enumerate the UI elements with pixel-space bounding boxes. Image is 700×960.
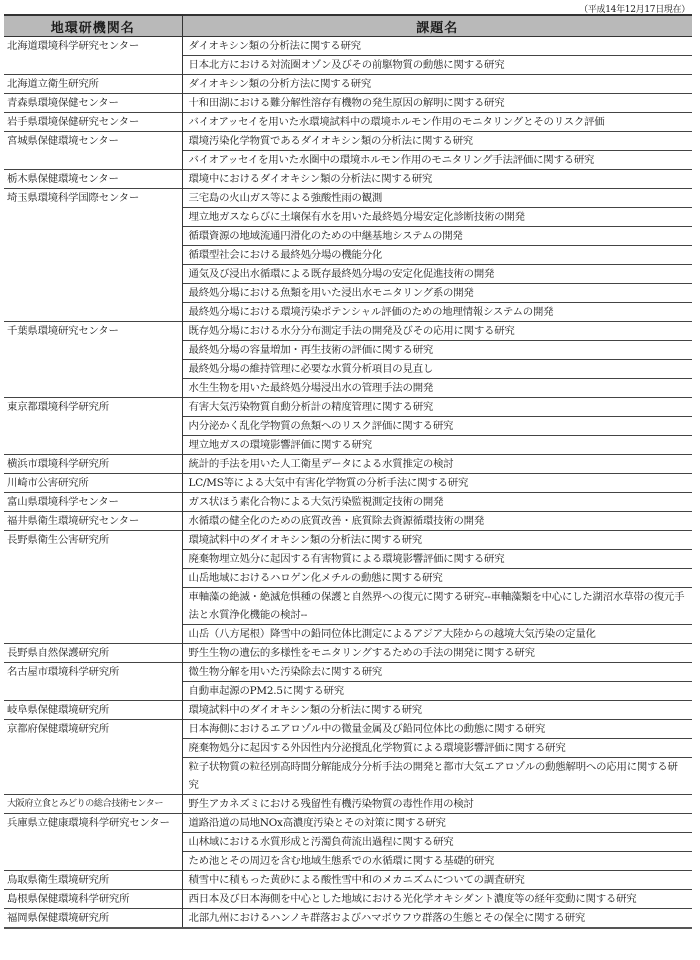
topic-cell: 埋立地ガスの環境影響評価に関する研究 <box>182 436 692 455</box>
topic-cell: 日本海側におけるエアロゾル中の微量金属及び鉛同位体比の動態に関する研究 <box>182 720 692 739</box>
topic-cell: 廃棄物埋立処分に起因する有害物質による環境影響評価に関する研究 <box>182 550 692 569</box>
table-row: 長野県衛生公害研究所環境試料中のダイオキシン類の分析法に関する研究 <box>4 531 692 550</box>
topic-cell: 微生物分解を用いた汚染除去に関する研究 <box>182 663 692 682</box>
table-row: 兵庫県立健康環境科学研究センター道路沿道の局地NOx高濃度汚染とその対策に関する… <box>4 814 692 833</box>
organization-cell: 宮城県保健環境センター <box>4 132 182 170</box>
topic-cell: 循環型社会における最終処分場の機能分化 <box>182 246 692 265</box>
topic-cell: 埋立地ガスならびに土壌保有水を用いた最終処分場安定化診断技術の開発 <box>182 208 692 227</box>
topic-cell: LC/MS等による大気中有害化学物質の分析手法に関する研究 <box>182 474 692 493</box>
topic-cell: 山岳地域におけるハロゲン化メチルの動態に関する研究 <box>182 569 692 588</box>
organization-cell: 島根県保健環境科学研究所 <box>4 890 182 909</box>
table-row: 福岡県保健環境研究所北部九州におけるハンノキ群落およびハマボウフウ群落の生態とそ… <box>4 909 692 929</box>
research-topics-table: 地環研機関名 課題名 北海道環境科学研究センターダイオキシン類の分析法に関する研… <box>4 14 692 929</box>
table-row: 富山県環境科学センターガス状ほう素化合物による大気汚染監視測定技術の開発 <box>4 493 692 512</box>
organization-cell: 岐阜県保健環境研究所 <box>4 701 182 720</box>
table-row: 千葉県環境研究センター既存処分場における水分分布測定手法の開発及びその応用に関す… <box>4 322 692 341</box>
header-organization: 地環研機関名 <box>4 15 182 37</box>
topic-cell: 野生生物の遺伝的多様性をモニタリングするための手法の開発に関する研究 <box>182 644 692 663</box>
organization-cell: 川崎市公害研究所 <box>4 474 182 493</box>
table-row: 宮城県保健環境センター環境汚染化学物質であるダイオキシン類の分析法に関する研究 <box>4 132 692 151</box>
table-row: 埼玉県環境科学国際センター三宅島の火山ガス等による強酸性雨の観測 <box>4 189 692 208</box>
table-row: 岩手県環境保健研究センターバイオアッセイを用いた水環境試料中の環境ホルモン作用の… <box>4 113 692 132</box>
organization-cell: 埼玉県環境科学国際センター <box>4 189 182 322</box>
table-row: 名古屋市環境科学研究所微生物分解を用いた汚染除去に関する研究 <box>4 663 692 682</box>
table-row: 東京都環境科学研究所有害大気汚染物質自動分析計の精度管理に関する研究 <box>4 398 692 417</box>
topic-cell: 最終処分場における魚類を用いた浸出水モニタリング系の開発 <box>182 284 692 303</box>
organization-cell: 青森県環境保健センター <box>4 94 182 113</box>
table-row: 長野県自然保護研究所野生生物の遺伝的多様性をモニタリングするための手法の開発に関… <box>4 644 692 663</box>
organization-cell: 兵庫県立健康環境科学研究センター <box>4 814 182 871</box>
topic-cell: 循環資源の地域流通円滑化のための中継基地システムの開発 <box>182 227 692 246</box>
topic-cell: 野生アカネズミにおける残留性有機汚染物質の毒性作用の検討 <box>182 795 692 814</box>
table-row: 大阪府立食とみどりの総合技術センター野生アカネズミにおける残留性有機汚染物質の毒… <box>4 795 692 814</box>
organization-cell: 横浜市環境科学研究所 <box>4 455 182 474</box>
topic-cell: 山岳（八方尾根）降雪中の鉛同位体比測定によるアジア大陸からの越境大気汚染の定量化 <box>182 625 692 644</box>
organization-cell: 長野県衛生公害研究所 <box>4 531 182 644</box>
topic-cell: 十和田湖における難分解性溶存有機物の発生原因の解明に関する研究 <box>182 94 692 113</box>
topic-cell: 内分泌かく乱化学物質の魚類へのリスク評価に関する研究 <box>182 417 692 436</box>
table-header-row: 地環研機関名 課題名 <box>4 15 692 37</box>
topic-cell: 既存処分場における水分分布測定手法の開発及びその応用に関する研究 <box>182 322 692 341</box>
table-row: 京都府保健環境研究所日本海側におけるエアロゾル中の微量金属及び鉛同位体比の動態に… <box>4 720 692 739</box>
topic-cell: 車軸藻の絶滅・絶滅危惧種の保護と自然界への復元に関する研究--車軸藻類を中心にし… <box>182 588 692 625</box>
topic-cell: 北部九州におけるハンノキ群落およびハマボウフウ群落の生態とその保全に関する研究 <box>182 909 692 929</box>
table-row: 北海道環境科学研究センターダイオキシン類の分析法に関する研究 <box>4 37 692 56</box>
topic-cell: 通気及び浸出水循環による既存最終処分場の安定化促進技術の開発 <box>182 265 692 284</box>
topic-cell: 積雪中に積もった黄砂による酸性雪中和のメカニズムについての調査研究 <box>182 871 692 890</box>
organization-cell: 名古屋市環境科学研究所 <box>4 663 182 701</box>
organization-cell: 鳥取県衛生環境研究所 <box>4 871 182 890</box>
topic-cell: バイオアッセイを用いた水環境試料中の環境ホルモン作用のモニタリングとそのリスク評… <box>182 113 692 132</box>
topic-cell: 道路沿道の局地NOx高濃度汚染とその対策に関する研究 <box>182 814 692 833</box>
topic-cell: 山林域における水質形成と汚濁負荷流出過程に関する研究 <box>182 833 692 852</box>
topic-cell: 自動車起源のPM2.5に関する研究 <box>182 682 692 701</box>
table-body: 北海道環境科学研究センターダイオキシン類の分析法に関する研究日本北方における対流… <box>4 37 692 929</box>
table-row: 島根県保健環境科学研究所西日本及び日本海側を中心とした地域における光化学オキシダ… <box>4 890 692 909</box>
organization-cell: 千葉県環境研究センター <box>4 322 182 398</box>
organization-cell: 福井県衛生環境研究センター <box>4 512 182 531</box>
table-row: 福井県衛生環境研究センター水循環の健全化のための底質改善・底質除去資源循環技術の… <box>4 512 692 531</box>
topic-cell: 水生生物を用いた最終処分場浸出水の管理手法の開発 <box>182 379 692 398</box>
table-row: 横浜市環境科学研究所統計的手法を用いた人工衛星データによる水質推定の検討 <box>4 455 692 474</box>
organization-cell: 福岡県保健環境研究所 <box>4 909 182 929</box>
topic-cell: 環境試料中のダイオキシン類の分析法に関する研究 <box>182 701 692 720</box>
organization-cell: 北海道環境科学研究センター <box>4 37 182 75</box>
topic-cell: 廃棄物処分に起因する外因性内分泌撹乱化学物質による環境影響評価に関する研究 <box>182 739 692 758</box>
header-topic: 課題名 <box>182 15 692 37</box>
topic-cell: 水循環の健全化のための底質改善・底質除去資源循環技術の開発 <box>182 512 692 531</box>
topic-cell: 最終処分場における環境汚染ポテンシャル評価のための地理情報システムの開発 <box>182 303 692 322</box>
table-row: 鳥取県衛生環境研究所積雪中に積もった黄砂による酸性雪中和のメカニズムについての調… <box>4 871 692 890</box>
topic-cell: 西日本及び日本海側を中心とした地域における光化学オキシダント濃度等の経年変動に関… <box>182 890 692 909</box>
topic-cell: ため池とその周辺を含む地域生態系での水循環に関する基礎的研究 <box>182 852 692 871</box>
topic-cell: 日本北方における対流圏オゾン及びその前駆物質の動態に関する研究 <box>182 56 692 75</box>
topic-cell: ダイオキシン類の分析方法に関する研究 <box>182 75 692 94</box>
organization-cell: 東京都環境科学研究所 <box>4 398 182 455</box>
organization-cell: 岩手県環境保健研究センター <box>4 113 182 132</box>
topic-cell: 最終処分場の容量増加・再生技術の評価に関する研究 <box>182 341 692 360</box>
topic-cell: 最終処分場の維持管理に必要な水質分析項目の見直し <box>182 360 692 379</box>
table-row: 岐阜県保健環境研究所環境試料中のダイオキシン類の分析法に関する研究 <box>4 701 692 720</box>
topic-cell: 環境汚染化学物質であるダイオキシン類の分析法に関する研究 <box>182 132 692 151</box>
topic-cell: 統計的手法を用いた人工衛星データによる水質推定の検討 <box>182 455 692 474</box>
topic-cell: 環境試料中のダイオキシン類の分析法に関する研究 <box>182 531 692 550</box>
organization-cell: 栃木県保健環境センター <box>4 170 182 189</box>
topic-cell: ガス状ほう素化合物による大気汚染監視測定技術の開発 <box>182 493 692 512</box>
topic-cell: 環境中におけるダイオキシン類の分析法に関する研究 <box>182 170 692 189</box>
topic-cell: バイオアッセイを用いた水圏中の環境ホルモン作用のモニタリング手法評価に関する研究 <box>182 151 692 170</box>
table-row: 川崎市公害研究所LC/MS等による大気中有害化学物質の分析手法に関する研究 <box>4 474 692 493</box>
table-row: 栃木県保健環境センター環境中におけるダイオキシン類の分析法に関する研究 <box>4 170 692 189</box>
topic-cell: 有害大気汚染物質自動分析計の精度管理に関する研究 <box>182 398 692 417</box>
organization-cell: 富山県環境科学センター <box>4 493 182 512</box>
organization-cell: 大阪府立食とみどりの総合技術センター <box>4 795 182 814</box>
topic-cell: ダイオキシン類の分析法に関する研究 <box>182 37 692 56</box>
organization-cell: 北海道立衛生研究所 <box>4 75 182 94</box>
table-row: 青森県環境保健センター十和田湖における難分解性溶存有機物の発生原因の解明に関する… <box>4 94 692 113</box>
topic-cell: 三宅島の火山ガス等による強酸性雨の観測 <box>182 189 692 208</box>
table-row: 北海道立衛生研究所ダイオキシン類の分析方法に関する研究 <box>4 75 692 94</box>
organization-cell: 長野県自然保護研究所 <box>4 644 182 663</box>
topic-cell: 粒子状物質の粒径別高時間分解能成分分析手法の開発と都市大気エアロゾルの動態解明へ… <box>182 758 692 795</box>
organization-cell: 京都府保健環境研究所 <box>4 720 182 795</box>
